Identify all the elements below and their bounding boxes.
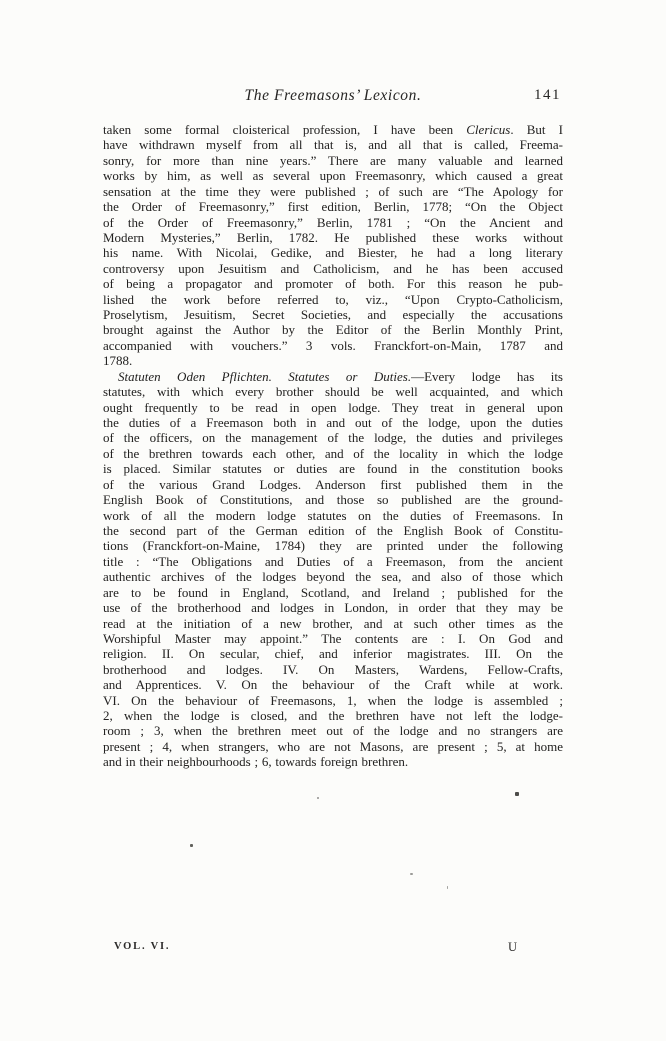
running-title: The Freemasons’ Lexicon. — [103, 87, 563, 105]
text-line: Proselytism, Jesuitism, Secret Societies… — [103, 307, 563, 322]
book-page: The Freemasons’ Lexicon. 141 taken some … — [0, 0, 666, 1041]
text-line: title : “The Obligations and Duties of a… — [103, 554, 563, 569]
text-line: English Book of Constitutions, and those… — [103, 492, 563, 507]
text-line: authentic archives of the lodges beyond … — [103, 569, 563, 584]
text-line: tions (Franckfort-on-Maine, 1784) they a… — [103, 538, 563, 553]
text-line: is placed. Similar statutes or duties ar… — [103, 461, 563, 476]
text-line: have withdrawn myself from all that is, … — [103, 137, 563, 152]
text-line: of the various Grand Lodges. Anderson fi… — [103, 477, 563, 492]
text-line: work of all the modern lodge statutes on… — [103, 508, 563, 523]
text-line: accompanied with vouchers.” 3 vols. Fran… — [103, 338, 563, 353]
text-line: works by him, as well as several upon Fr… — [103, 168, 563, 183]
text-line: present ; 4, when strangers, who are not… — [103, 739, 563, 754]
text-line: sensation at the time they were publishe… — [103, 184, 563, 199]
text-line: and in their neighbourhoods ; 6, towards… — [103, 754, 563, 769]
running-header: The Freemasons’ Lexicon. 141 — [103, 87, 563, 107]
text-line: religion. II. On secular, chief, and inf… — [103, 646, 563, 661]
text-line: Worshipful Master may appoint.” The cont… — [103, 631, 563, 646]
text-line: use of the brotherhood and lodges in Lon… — [103, 600, 563, 615]
text-line: ought frequently to be read in open lodg… — [103, 400, 563, 415]
text-line: brotherhood and lodges. IV. On Masters, … — [103, 662, 563, 677]
text-line: statutes, with which every brother shoul… — [103, 384, 563, 399]
footer-signature-mark: U — [508, 940, 518, 955]
page-number: 141 — [534, 87, 561, 104]
text-line: of the officers, on the management of th… — [103, 430, 563, 445]
text-line: lished the work before referred to, viz.… — [103, 292, 563, 307]
text-line: of being a propagator and promoter of bo… — [103, 276, 563, 291]
ink-speck — [317, 797, 319, 799]
text-line: of the brethren towards each other, and … — [103, 446, 563, 461]
text-line: brought against the Author by the Editor… — [103, 322, 563, 337]
text-line: and Apprentices. V. On the behaviour of … — [103, 677, 563, 692]
text-line: room ; 3, when the brethren meet out of … — [103, 723, 563, 738]
ink-speck — [410, 873, 413, 875]
text-line: 1788. — [103, 353, 563, 368]
text-line: read at the initiation of a new brother,… — [103, 616, 563, 631]
body-text: taken some formal cloisterical professio… — [103, 122, 563, 770]
text-line: 2, when the lodge is closed, and the bre… — [103, 708, 563, 723]
text-line: are to be found in England, Scotland, an… — [103, 585, 563, 600]
text-line: the second part of the German edition of… — [103, 523, 563, 538]
text-line: the duties of a Freemason both in and ou… — [103, 415, 563, 430]
text-line: sonry, for more than nine years.” There … — [103, 153, 563, 168]
text-line: VI. On the behaviour of Freemasons, 1, w… — [103, 693, 563, 708]
text-line: Statuten Oden Pflichten. Statutes or Dut… — [103, 369, 563, 384]
text-line: Modern Mysteries,” Berlin, 1782. He publ… — [103, 230, 563, 245]
text-line: controversy upon Jesuitism and Catholici… — [103, 261, 563, 276]
ink-speck — [190, 844, 193, 847]
footer-volume-label: VOL. VI. — [114, 941, 170, 952]
text-line: his name. With Nicolai, Gedike, and Bies… — [103, 245, 563, 260]
ink-speck — [447, 886, 448, 889]
text-line: of the Order of Freemasonry,” Berlin, 17… — [103, 215, 563, 230]
text-line: the Order of Freemasonry,” first edition… — [103, 199, 563, 214]
ink-speck — [515, 792, 519, 796]
text-line: taken some formal cloisterical professio… — [103, 122, 563, 137]
